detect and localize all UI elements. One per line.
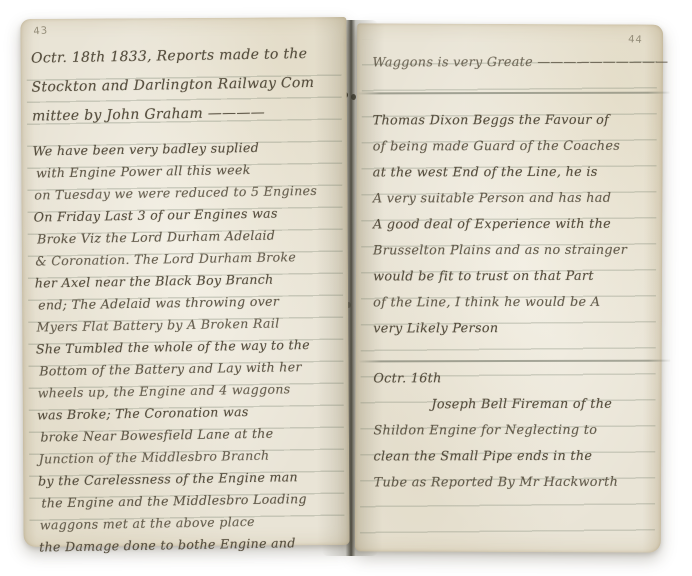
entry-body: We have been very badley suplied with En… bbox=[32, 135, 348, 558]
right-page-text: Waggons is very Greate —————————— Thomas… bbox=[372, 50, 658, 497]
stitch-hole bbox=[351, 94, 356, 100]
manuscript-line: clean the Small Pipe ends in the bbox=[374, 444, 659, 471]
entry-body: Joseph Bell Fireman of the Shildon Engin… bbox=[373, 392, 658, 497]
entry-divider-rule bbox=[359, 92, 670, 95]
manuscript-line: very Likely Person bbox=[373, 316, 658, 343]
left-page: 43 Octr. 18th 1833, Reports made to the … bbox=[20, 17, 349, 547]
entry-body: Thomas Dixon Beggs the Favour of of bein… bbox=[373, 108, 659, 343]
entry-date: Octr. 16th bbox=[373, 366, 658, 393]
page-number-left: 43 bbox=[33, 25, 49, 37]
manuscript-photo: 43 Octr. 18th 1833, Reports made to the … bbox=[0, 0, 692, 576]
manuscript-line: would be fit to trust on that Part bbox=[373, 264, 658, 291]
manuscript-line: Shildon Engine for Neglecting to bbox=[373, 418, 658, 445]
manuscript-line: Waggons is very Greate —————————— bbox=[372, 50, 657, 77]
open-journal: 43 Octr. 18th 1833, Reports made to the … bbox=[22, 16, 662, 562]
manuscript-line: A very suitable Person and has had bbox=[373, 186, 658, 213]
manuscript-line: Joseph Bell Fireman of the bbox=[431, 392, 658, 419]
manuscript-line: of being made Guard of the Coaches bbox=[373, 134, 658, 161]
manuscript-line: A good deal of Experience with the bbox=[373, 212, 658, 239]
manuscript-line: Thomas Dixon Beggs the Favour of bbox=[373, 108, 658, 135]
manuscript-line: Stockton and Darlington Railway Com bbox=[31, 68, 340, 102]
right-page: 44 Waggons is very Greate —————————— Tho… bbox=[355, 23, 663, 552]
manuscript-line: Tube as Reported By Mr Hackworth bbox=[374, 470, 659, 497]
entry-heading: Octr. 18th 1833, Reports made to the Sto… bbox=[31, 39, 341, 131]
manuscript-line: mittee by John Graham ———— bbox=[32, 97, 341, 131]
manuscript-line: Brusselton Plains and as no strainger bbox=[373, 238, 658, 265]
manuscript-line: at the west End of the Line, he is bbox=[373, 160, 658, 187]
left-page-text: Octr. 18th 1833, Reports made to the Sto… bbox=[31, 39, 348, 558]
page-number-right: 44 bbox=[628, 34, 643, 46]
manuscript-line: of the Line, I think he would be A bbox=[373, 290, 658, 317]
entry-divider-rule bbox=[359, 360, 670, 363]
